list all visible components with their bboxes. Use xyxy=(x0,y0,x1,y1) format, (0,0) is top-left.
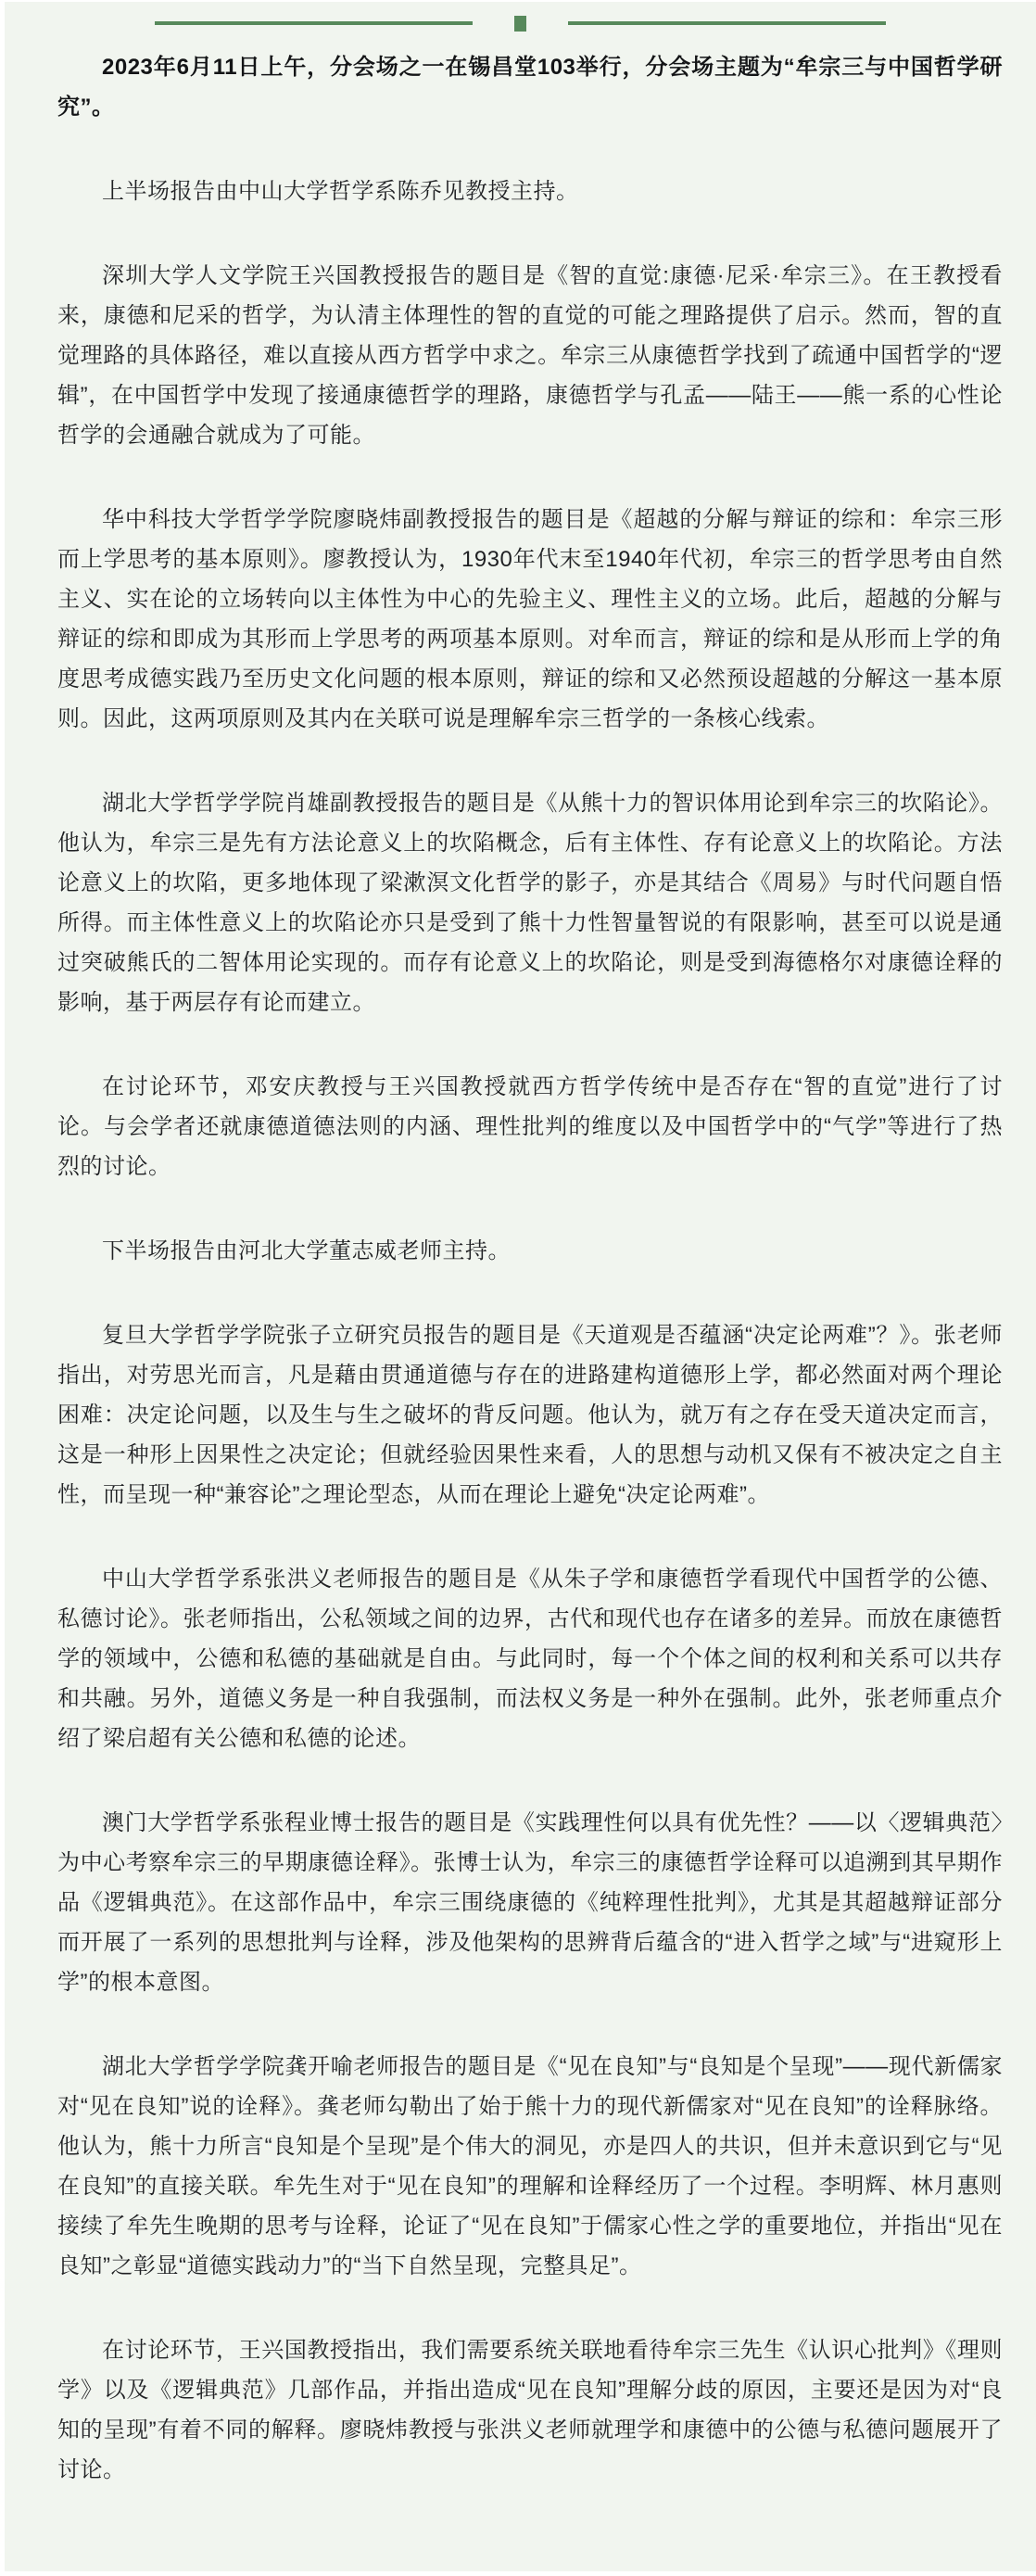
divider-line-left xyxy=(155,21,473,25)
paragraph: 澳门大学哲学系张程业博士报告的题目是《实践理性何以具有优先性？——以〈逻辑典范〉… xyxy=(57,1803,1003,2002)
page-background: 2023年6月11日上午，分会场之一在锡昌堂103举行，分会场主题为“牟宗三与中… xyxy=(5,2,1036,2571)
paragraph: 下半场报告由河北大学董志威老师主持。 xyxy=(57,1231,1003,1271)
paragraph: 在讨论环节，王兴国教授指出，我们需要系统关联地看待牟宗三先生《认识心批判》《理则… xyxy=(57,2330,1003,2490)
divider-square-icon xyxy=(514,16,526,32)
paragraph: 中山大学哲学系张洪义老师报告的题目是《从朱子学和康德哲学看现代中国哲学的公德、私… xyxy=(57,1559,1003,1758)
lead-paragraph: 2023年6月11日上午，分会场之一在锡昌堂103举行，分会场主题为“牟宗三与中… xyxy=(57,47,1003,127)
paragraph: 深圳大学人文学院王兴国教授报告的题目是《智的直觉:康德·尼采·牟宗三》。在王教授… xyxy=(57,256,1003,455)
paragraph: 华中科技大学哲学学院廖晓炜副教授报告的题目是《超越的分解与辩证的综和：牟宗三形而… xyxy=(57,500,1003,739)
paragraph: 上半场报告由中山大学哲学系陈乔见教授主持。 xyxy=(57,171,1003,211)
divider-line-right xyxy=(568,21,886,25)
section-divider xyxy=(5,2,1036,32)
paragraph: 湖北大学哲学学院龚开喻老师报告的题目是《“见在良知”与“良知是个呈现”——现代新… xyxy=(57,2047,1003,2286)
report-body: 2023年6月11日上午，分会场之一在锡昌堂103举行，分会场主题为“牟宗三与中… xyxy=(5,32,1036,2490)
paragraph: 湖北大学哲学学院肖雄副教授报告的题目是《从熊十力的智识体用论到牟宗三的坎陷论》。… xyxy=(57,783,1003,1022)
paragraph: 复旦大学哲学学院张子立研究员报告的题目是《天道观是否蕴涵“决定论两难”？》。张老… xyxy=(57,1315,1003,1515)
paragraph: 在讨论环节，邓安庆教授与王兴国教授就西方哲学传统中是否存在“智的直觉”进行了讨论… xyxy=(57,1067,1003,1186)
